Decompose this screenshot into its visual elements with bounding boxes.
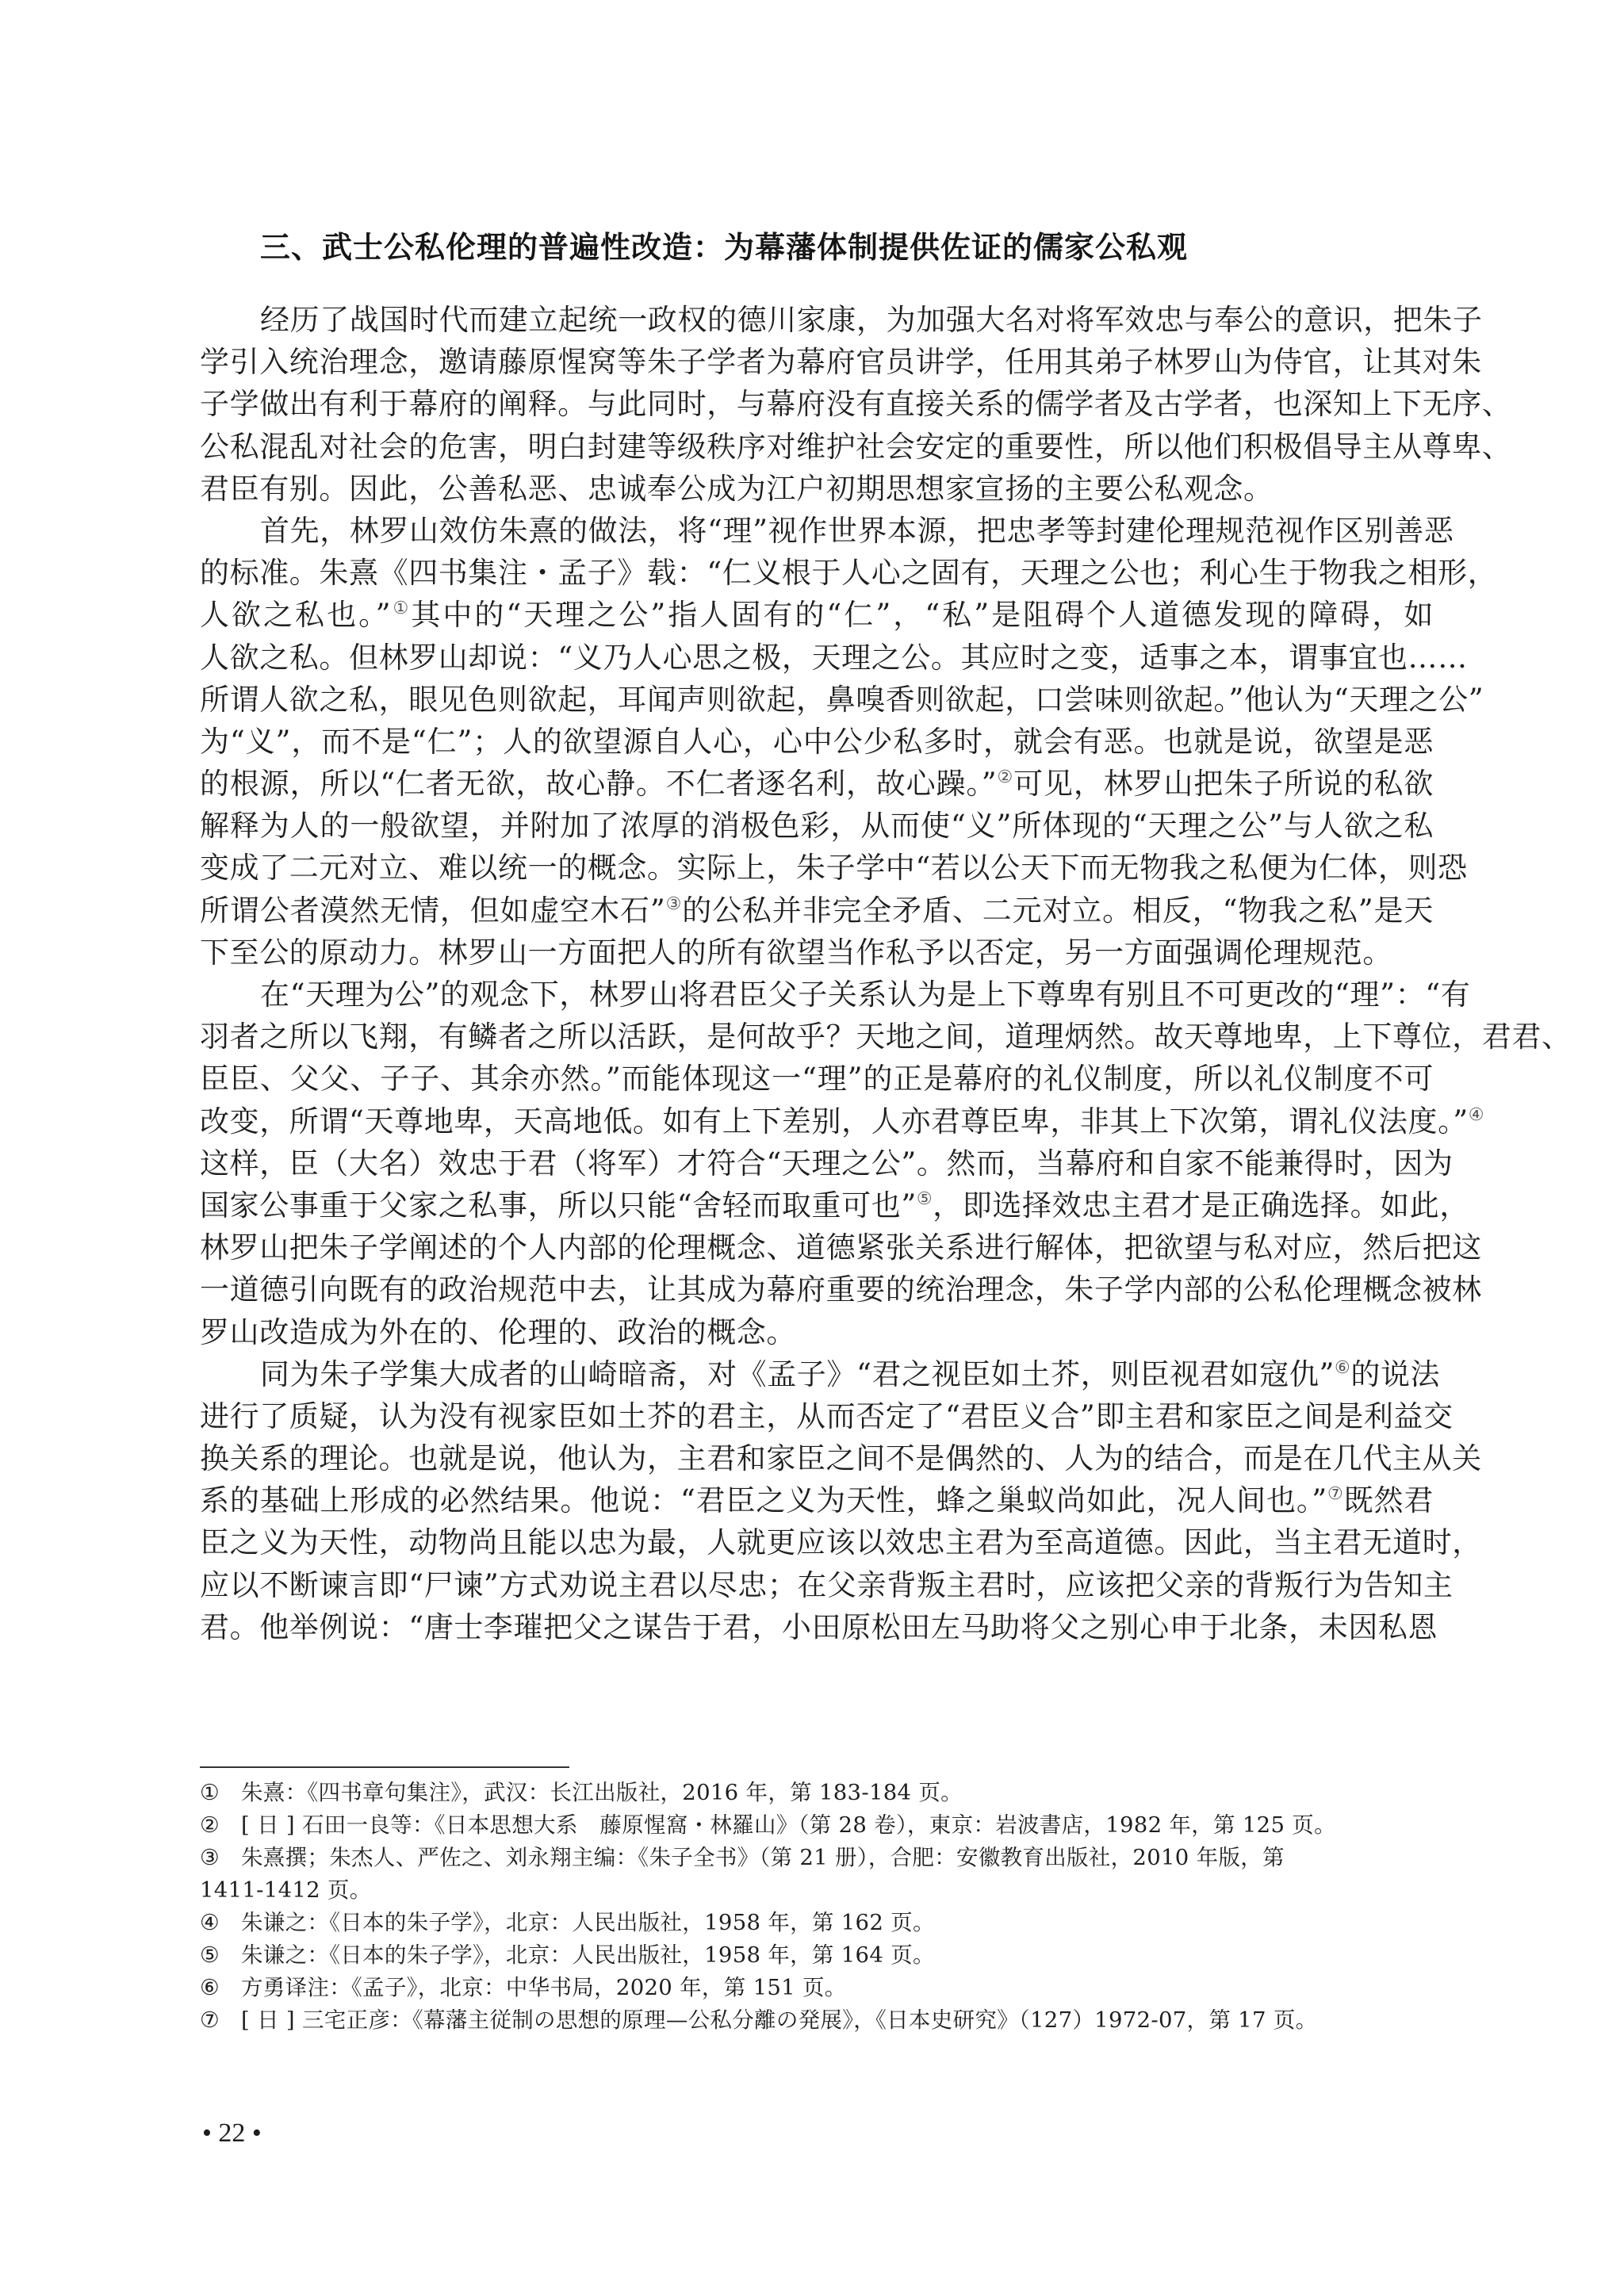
footnote-text: 朱熹：《四书章句集注》，武汉：长江出版社，2016 年，第 183-184 页。	[241, 1780, 963, 1805]
footnote-text: [ 日 ] 三宅正彦：《幕藩主従制の思想的原理—公私分離の発展》，《日本史研究》…	[241, 2007, 1317, 2033]
footnote: ①朱熹：《四书章句集注》，武汉：长江出版社，2016 年，第 183-184 页…	[200, 1777, 1434, 1809]
footnote-text: [ 日 ] 石田一良等：《日本思想大系 藤原惺窩・林羅山》（第 28 卷），東京…	[241, 1812, 1336, 1838]
text-line: 君。他举例说：“唐士李璀把父之谋告于君，小田原松田左马助将父之别心申于北条，未因…	[200, 1606, 1434, 1648]
text-line: 的根源，所以“仁者无欲，故心静。不仁者逐名利，故心躁。”②可见，林罗山把朱子所说…	[200, 763, 1434, 805]
text-line: 应以不断谏言即“尸谏”方式劝说主君以尽忠；在父亲背叛主君时，应该把父亲的背叛行为…	[200, 1564, 1434, 1606]
paragraph: 同为朱子学集大成者的山崎暗斋，对《孟子》“君之视臣如土芥，则臣视君如寇仇”⑥的说…	[200, 1353, 1434, 1648]
text-line: 变成了二元对立、难以统一的概念。实际上，朱子学中“若以公天下而无物我之私便为仁体…	[200, 847, 1434, 889]
text-line: 进行了质疑，认为没有视家臣如土芥的君主，从而否定了“君臣义合”即主君和家臣之间是…	[200, 1395, 1434, 1437]
footnote: ④朱谦之：《日本的朱子学》，北京：人民出版社，1958 年，第 162 页。	[200, 1907, 1434, 1939]
footnote-text: 方勇译注：《孟子》，北京：中华书局，2020 年，第 151 页。	[241, 1975, 847, 2000]
paragraph: 首先，林罗山效仿朱熹的做法，将“理”视作世界本源，把忠孝等封建伦理规范视作区别善…	[200, 510, 1434, 974]
footnote-marker: ⑤	[200, 1939, 241, 1972]
footnote-marker: ②	[200, 1809, 241, 1842]
text-line: 臣之义为天性，动物尚且能以忠为最，人就更应该以效忠主君为至高道德。因此，当主君无…	[200, 1521, 1434, 1563]
footnote-marker: ①	[200, 1777, 241, 1809]
footnote: ②[ 日 ] 石田一良等：《日本思想大系 藤原惺窩・林羅山》（第 28 卷），東…	[200, 1809, 1434, 1842]
text-line: 改变，所谓“天尊地卑，天高地低。如有上下差别，人亦君尊臣卑，非其上下次第，谓礼仪…	[200, 1100, 1434, 1142]
text-line: 人欲之私也。”①其中的“天理之公”指人固有的“仁”，“私”是阻碍个人道德发现的障…	[200, 594, 1434, 636]
body-text: 经历了战国时代而建立起统一政权的德川家康，为加强大名对将军效忠与奉公的意识，把朱…	[200, 299, 1434, 1648]
text-line: 君臣有别。因此，公善私恶、忠诚奉公成为江户初期思想家宣扬的主要公私观念。	[200, 468, 1434, 510]
footnote-marker: ③	[200, 1842, 241, 1874]
text-line: 公私混乱对社会的危害，明白封建等级秩序对维护社会安定的重要性，所以他们积极倡导主…	[200, 426, 1434, 468]
section-title: 三、武士公私伦理的普遍性改造：为幕藩体制提供佐证的儒家公私观	[260, 224, 1450, 271]
text-line: 所谓公者漠然无情，但如虚空木石”③的公私并非完全矛盾、二元对立。相反，“物我之私…	[200, 890, 1434, 932]
text-line: 为“义”，而不是“仁”；人的欲望源自人心，心中公少私多时，就会有恶。也就是说，欲…	[200, 721, 1434, 763]
text-line: 林罗山把朱子学阐述的个人内部的伦理概念、道德紧张关系进行解体，把欲望与私对应，然…	[200, 1226, 1434, 1269]
footnote: ③朱熹撰；朱杰人、严佐之、刘永翔主编：《朱子全书》（第 21 册），合肥：安徽教…	[200, 1842, 1434, 1874]
text-line: 首先，林罗山效仿朱熹的做法，将“理”视作世界本源，把忠孝等封建伦理规范视作区别善…	[200, 510, 1434, 552]
text-line: 下至公的原动力。林罗山一方面把人的所有欲望当作私予以否定，另一方面强调伦理规范。	[200, 932, 1434, 974]
text-line: 经历了战国时代而建立起统一政权的德川家康，为加强大名对将军效忠与奉公的意识，把朱…	[200, 299, 1434, 341]
footnote-ref: ①	[391, 599, 411, 618]
footnote-text: 朱熹撰；朱杰人、严佐之、刘永翔主编：《朱子全书》（第 21 册），合肥：安徽教育…	[241, 1845, 1285, 1870]
footnote-text: 朱谦之：《日本的朱子学》，北京：人民出版社，1958 年，第 162 页。	[241, 1910, 935, 1935]
footnote: ⑦[ 日 ] 三宅正彦：《幕藩主従制の思想的原理—公私分離の発展》，《日本史研究…	[200, 2004, 1434, 2037]
footnote-ref: ⑤	[917, 1189, 933, 1209]
footnote-marker: ④	[200, 1907, 241, 1939]
text-line: 同为朱子学集大成者的山崎暗斋，对《孟子》“君之视臣如土芥，则臣视君如寇仇”⑥的说…	[200, 1353, 1434, 1395]
text-line: 臣臣、父父、子子、其余亦然。”而能体现这一“理”的正是幕府的礼仪制度，所以礼仪制…	[200, 1058, 1434, 1100]
footnote-ref: ⑥	[1335, 1358, 1350, 1378]
footnote-text: 朱谦之：《日本的朱子学》，北京：人民出版社，1958 年，第 164 页。	[241, 1942, 935, 1968]
text-line: 国家公事重于父家之私事，所以只能“舍轻而取重可也”⑤，即选择效忠主君才是正确选择…	[200, 1184, 1434, 1226]
footnote-ref: ⑦	[1327, 1484, 1344, 1504]
footnote-ref: ③	[665, 894, 682, 914]
footnote: ⑤朱谦之：《日本的朱子学》，北京：人民出版社，1958 年，第 164 页。	[200, 1939, 1434, 1972]
footnote-marker: ⑥	[200, 1972, 241, 2004]
text-line: 子学做出有利于幕府的阐释。与此同时，与幕府没有直接关系的儒学者及古学者，也深知上…	[200, 383, 1434, 425]
text-line: 解释为人的一般欲望，并附加了浓厚的消极色彩，从而使“义”所体现的“天理之公”与人…	[200, 805, 1434, 847]
footnote-divider	[200, 1766, 569, 1768]
text-line: 的标准。朱熹《四书集注・孟子》载：“仁义根于人心之固有，天理之公也；利心生于物我…	[200, 552, 1434, 594]
footnotes: ①朱熹：《四书章句集注》，武汉：长江出版社，2016 年，第 183-184 页…	[200, 1777, 1434, 2037]
footnote: ⑥方勇译注：《孟子》，北京：中华书局，2020 年，第 151 页。	[200, 1972, 1434, 2004]
text-line: 在“天理为公”的观念下，林罗山将君臣父子关系认为是上下尊卑有别且不可更改的“理”…	[200, 974, 1434, 1016]
footnote-marker: ⑦	[200, 2004, 241, 2037]
text-line: 罗山改造成为外在的、伦理的、政治的概念。	[200, 1311, 1434, 1353]
footnote-ref: ④	[1469, 1105, 1484, 1125]
paragraph: 经历了战国时代而建立起统一政权的德川家康，为加强大名对将军效忠与奉公的意识，把朱…	[200, 299, 1434, 510]
text-line: 人欲之私。但林罗山却说：“义乃人心思之极，天理之公。其应时之变，适事之本，谓事宜…	[200, 637, 1434, 679]
text-line: 这样，臣（大名）效忠于君（将军）才符合“天理之公”。然而，当幕府和自家不能兼得时…	[200, 1142, 1434, 1184]
text-line: 换关系的理论。也就是说，他认为，主君和家臣之间不是偶然的、人为的结合，而是在几代…	[200, 1437, 1434, 1479]
text-line: 羽者之所以飞翔，有鳞者之所以活跃，是何故乎？天地之间，道理炳然。故天尊地卑，上下…	[200, 1016, 1434, 1058]
text-line: 所谓人欲之私，眼见色则欲起，耳闻声则欲起，鼻嗅香则欲起，口尝味则欲起。”他认为“…	[200, 679, 1434, 721]
text-line: 学引入统治理念，邀请藤原惺窝等朱子学者为幕府官员讲学，任用其弟子林罗山为侍官，让…	[200, 341, 1434, 383]
paragraph: 在“天理为公”的观念下，林罗山将君臣父子关系认为是上下尊卑有别且不可更改的“理”…	[200, 974, 1434, 1353]
text-line: 系的基础上形成的必然结果。他说：“君臣之义为天性，蜂之巢蚁尚如此，况人间也。”⑦…	[200, 1479, 1434, 1521]
footnote-ref: ②	[997, 767, 1013, 787]
text-line: 一道德引向既有的政治规范中去，让其成为幕府重要的统治理念，朱子学内部的公私伦理概…	[200, 1269, 1434, 1311]
footnote-continuation: 1411-1412 页。	[200, 1874, 1434, 1907]
page-number: • 22 •	[202, 2118, 262, 2149]
